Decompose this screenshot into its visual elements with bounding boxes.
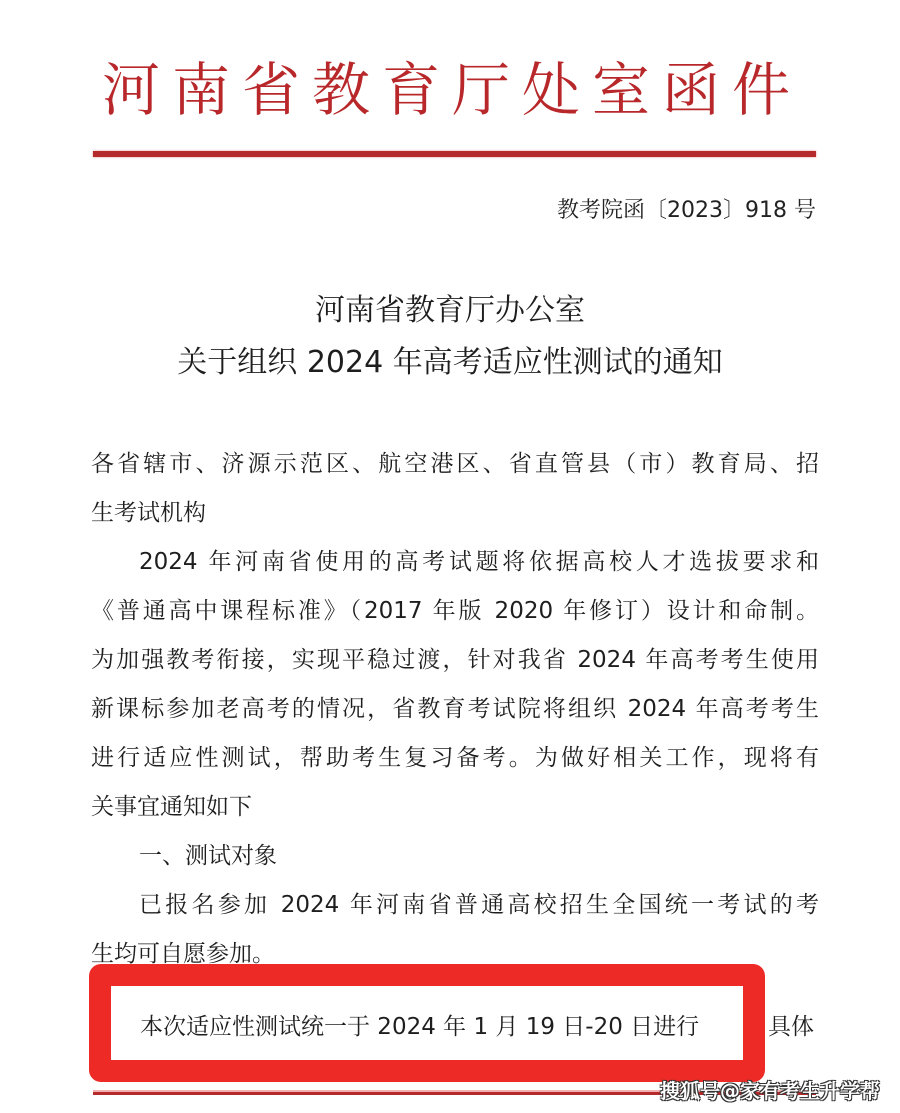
letterhead-rule xyxy=(93,151,816,157)
paragraph-1-line-3: 为加强教考衔接，实现平稳过渡，针对我省 2024 年高考考生使用 xyxy=(91,636,819,685)
section-2-tail: 具体 xyxy=(768,1007,814,1047)
section-1-heading: 一、测试对象 xyxy=(91,832,819,881)
letterhead-title: 河南省教育厅处室函件 xyxy=(0,50,900,130)
document-number: 教考院函〔2023〕918 号 xyxy=(557,196,816,226)
document-title: 河南省教育厅办公室 关于组织 2024 年高考适应性测试的通知 xyxy=(0,285,900,389)
section-1-line-1: 已报名参加 2024 年河南省普通高校招生全国统一考试的考 xyxy=(91,881,819,930)
paragraph-1-line-4: 新课标参加老高考的情况，省教育考试院将组织 2024 年高考考生 xyxy=(91,685,819,734)
title-line-1: 河南省教育厅办公室 xyxy=(0,285,900,337)
watermark: 搜狐号@家有考生升学帮 xyxy=(660,1078,880,1104)
addressee-line-1: 各省辖市、济源示范区、航空港区、省直管县（市）教育局、招 xyxy=(91,440,819,489)
title-line-2: 关于组织 2024 年高考适应性测试的通知 xyxy=(0,337,900,389)
paragraph-1-line-5: 进行适应性测试，帮助考生复习备考。为做好相关工作，现将有 xyxy=(91,734,819,783)
paragraph-1-line-2: 《普通高中课程标准》（2017 年版 2020 年修订）设计和命制。 xyxy=(91,587,819,636)
paragraph-1-line-6: 关事宜通知如下 xyxy=(91,783,819,832)
addressee-line-2: 生考试机构 xyxy=(91,489,819,538)
document-body: 各省辖市、济源示范区、航空港区、省直管县（市）教育局、招 生考试机构 2024 … xyxy=(91,440,819,979)
paragraph-1-line-1: 2024 年河南省使用的高考试题将依据高校人才选拔要求和 xyxy=(91,538,819,587)
highlight-annotation-box xyxy=(89,964,765,1082)
